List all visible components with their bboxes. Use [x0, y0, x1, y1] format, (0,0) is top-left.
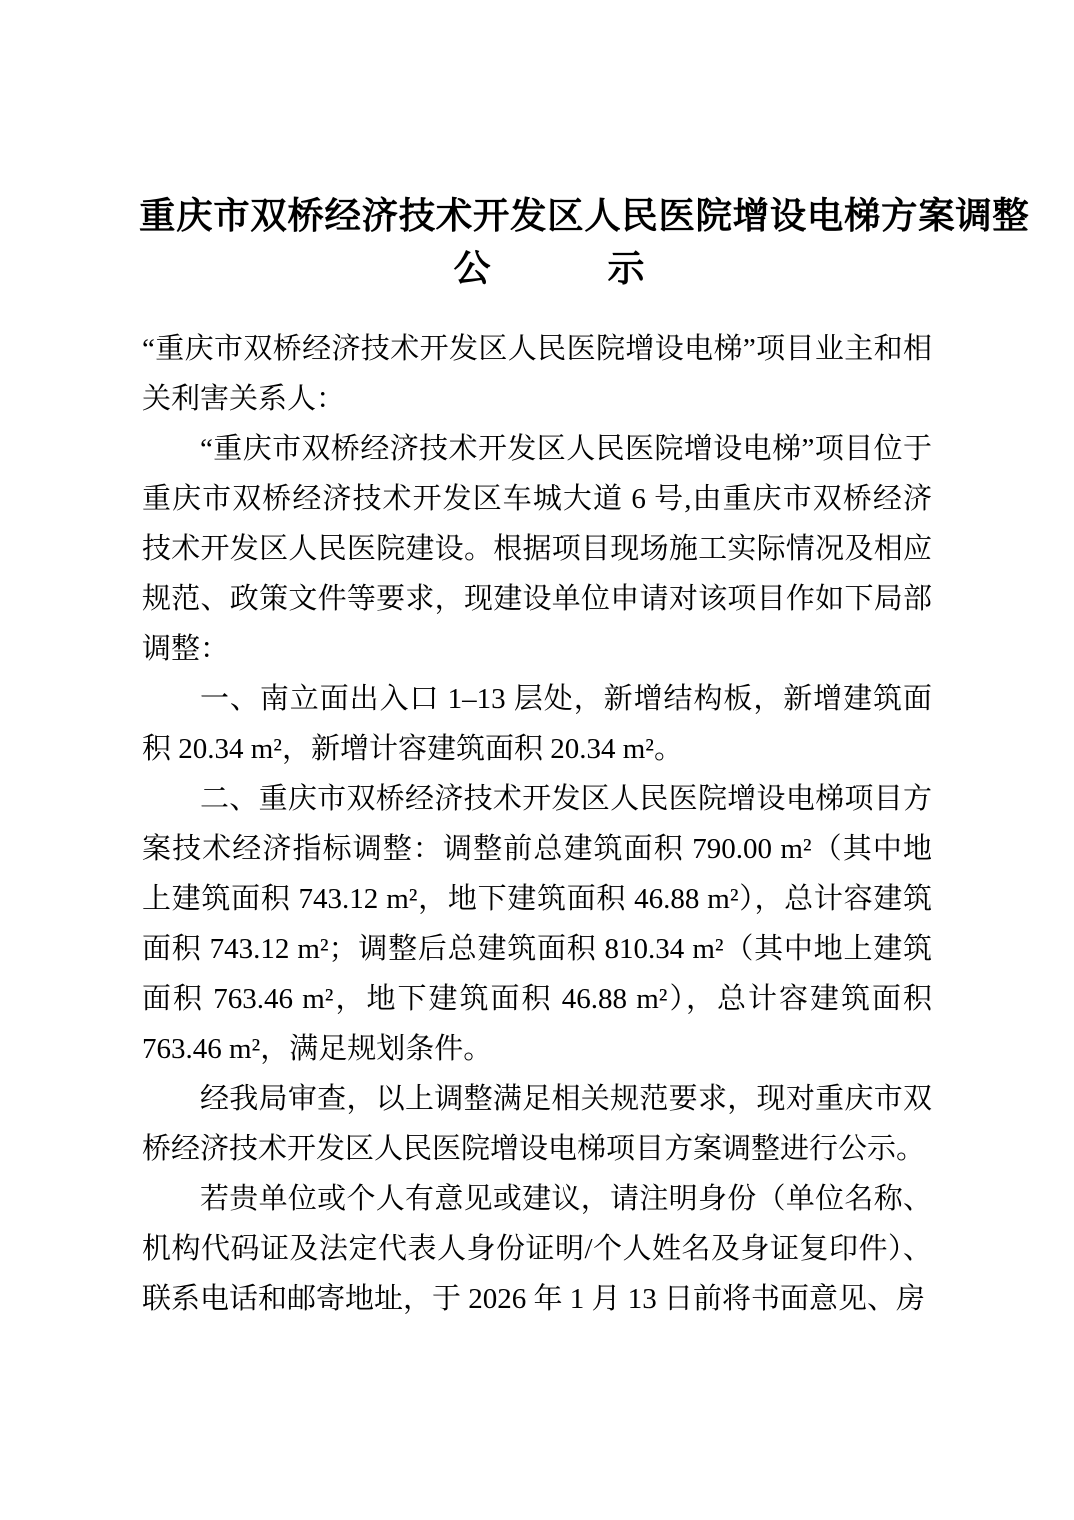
- notice-title: 重庆市双桥经济技术开发区人民医院增设电梯方案调整 公 示: [0, 190, 1074, 297]
- notice-paragraph-project-intro: “重庆市双桥经济技术开发区人民医院增设电梯”项目位于重庆市双桥经济技术开发区车城…: [142, 424, 932, 674]
- notice-title-line2-right-char: 示: [608, 242, 645, 297]
- notice-paragraph-salutation: “重庆市双桥经济技术开发区人民医院增设电梯”项目业主和相关利害关系人：: [142, 324, 932, 424]
- notice-title-line2: 公 示: [12, 242, 1074, 297]
- notice-body: “重庆市双桥经济技术开发区人民医院增设电梯”项目业主和相关利害关系人： “重庆市…: [142, 324, 932, 1324]
- notice-paragraph-feedback-instructions: 若贵单位或个人有意见或建议，请注明身份（单位名称、机构代码证及法定代表人身份证明…: [142, 1174, 932, 1324]
- notice-paragraph-item-2: 二、重庆市双桥经济技术开发区人民医院增设电梯项目方案技术经济指标调整：调整前总建…: [142, 774, 932, 1074]
- notice-paragraph-review-statement: 经我局审查，以上调整满足相关规范要求，现对重庆市双桥经济技术开发区人民医院增设电…: [142, 1074, 932, 1174]
- notice-title-line1: 重庆市双桥经济技术开发区人民医院增设电梯方案调整: [139, 190, 1074, 242]
- notice-paragraph-item-1: 一、南立面出入口 1–13 层处，新增结构板，新增建筑面积 20.34 m²，新…: [142, 674, 932, 774]
- notice-title-line2-left-char: 公: [454, 242, 491, 297]
- notice-page: 重庆市双桥经济技术开发区人民医院增设电梯方案调整 公 示 “重庆市双桥经济技术开…: [0, 0, 1074, 1520]
